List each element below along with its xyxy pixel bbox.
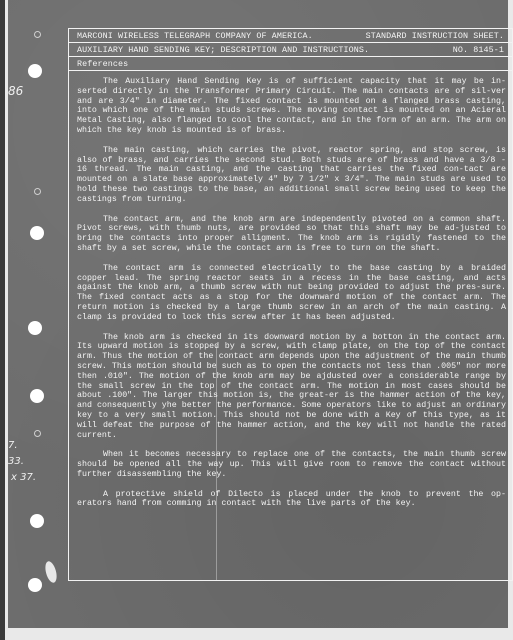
paragraph-contact-arm: The contact arm, and the knob arm are in… (77, 215, 506, 254)
document-frame: MARCONI WIRELESS TELEGRAPH COMPANY OF AM… (68, 28, 513, 581)
punch-ring (34, 188, 41, 195)
paragraph-shield: A protective shield of Dilecto is placed… (77, 490, 506, 510)
document-title: AUXILIARY HAND SENDING KEY; DESCRIPTION … (77, 45, 369, 55)
references-label: References (77, 59, 128, 69)
header-row-company: MARCONI WIRELESS TELEGRAPH COMPANY OF AM… (69, 29, 512, 43)
document-number: NO. 8145-1 (453, 45, 504, 55)
margin-note: 86 (8, 84, 23, 98)
punch-hole (28, 321, 42, 335)
paragraph-replacement: When it becomes necessary to replace one… (77, 450, 506, 479)
punch-ring (34, 430, 41, 437)
punch-hole (30, 389, 44, 403)
punch-hole (30, 226, 44, 240)
paper-smudge (43, 560, 58, 584)
header-row-title: AUXILIARY HAND SENDING KEY; DESCRIPTION … (69, 43, 512, 57)
instruction-sheet: 86 7. 33. x 37. MARCONI WIRELESS TELEGRA… (8, 0, 508, 628)
scan-edge (0, 0, 5, 640)
paragraph-main-casting: The main casting, which carries the pivo… (77, 146, 506, 205)
document-body: The Auxiliary Hand Sending Key is of suf… (77, 77, 506, 519)
margin-note: 33. (8, 456, 24, 467)
sheet-type: STANDARD INSTRUCTION SHEET. (366, 31, 504, 41)
company-name: MARCONI WIRELESS TELEGRAPH COMPANY OF AM… (77, 31, 313, 41)
paragraph-description: The Auxiliary Hand Sending Key is of suf… (77, 77, 506, 136)
paragraph-electrical: The contact arm is connected electricall… (77, 264, 506, 323)
margin-note: x 37. (11, 472, 36, 483)
paragraph-adjustment: The knob arm is checked in its downward … (77, 333, 506, 441)
punch-ring (34, 31, 41, 38)
paper-fold-line (216, 345, 217, 580)
margin-note: 7. (8, 440, 18, 451)
punch-hole (28, 64, 42, 78)
header-row-references: References (69, 57, 512, 71)
punch-hole (30, 514, 44, 528)
punch-hole (28, 578, 42, 592)
